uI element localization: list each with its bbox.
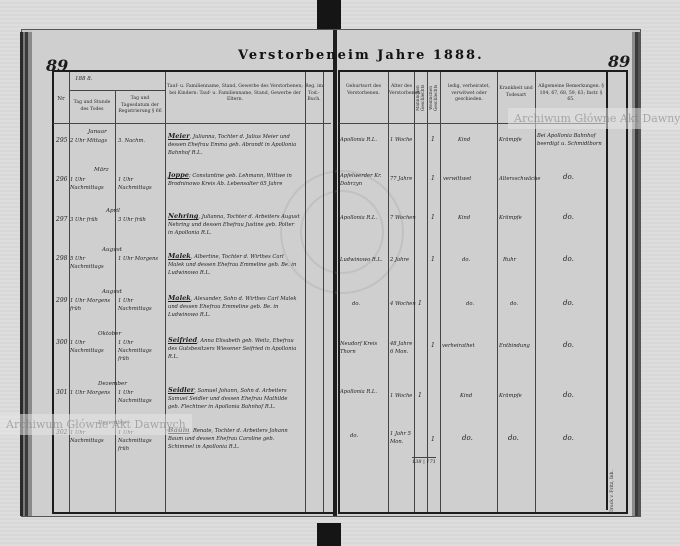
entry-death-time: 1 Uhr Nachmittags xyxy=(70,176,114,192)
entry-surname: Seidler xyxy=(168,386,194,394)
header-nr: Nr xyxy=(54,96,68,103)
entry-month: Oktober xyxy=(98,330,121,338)
entry-age: 48 Jahre 6 Mon. xyxy=(390,340,414,356)
entry-number: 300 xyxy=(56,339,67,347)
col-divider xyxy=(165,72,166,512)
entry-surname: Seifried xyxy=(168,336,197,344)
entry-cause: Krämpfe xyxy=(499,214,522,222)
col-divider xyxy=(497,72,498,512)
entry-female: 1 xyxy=(431,175,435,183)
entry-status: Kind xyxy=(460,392,472,400)
entry-name: Nehring, Julianna, Tochter d. Arbeiters … xyxy=(168,212,300,238)
entry-age: 77 Jahre xyxy=(390,175,412,183)
entry-month: Dezember xyxy=(98,380,127,388)
header-death-day-hour: Tag und Stunde des Todes xyxy=(70,100,114,113)
entry-name: Joppe; Constantine geb. Lehmann, Wittwe … xyxy=(168,171,300,188)
header-male: Männlichen Geschlechts xyxy=(416,76,426,120)
entry-name: Malek, Alexander, Sohn d. Wirthes Carl M… xyxy=(168,294,300,320)
entry-surname: Joppe xyxy=(168,171,189,179)
entry-status: do. xyxy=(466,300,474,308)
entry-birthplace: Apfelwerder Kr. Dobrzyn xyxy=(340,172,387,188)
header-age: Alter des Verstorbenen. xyxy=(389,84,414,97)
archive-watermark-top: Archiwum Główne Akt Dawnych xyxy=(508,108,680,129)
entry-death-time: 5 Uhr Nachmittags xyxy=(70,255,114,271)
entry-number: 297 xyxy=(56,216,67,224)
entry-age: 1 Jahr 5 Mon. xyxy=(390,430,414,446)
entry-remarks: do. xyxy=(563,434,574,442)
entry-female: 1 xyxy=(431,256,435,264)
entry-cause: Ruhr xyxy=(503,256,516,264)
entry-age: 4 Wochen xyxy=(390,300,416,308)
entry-cause: do. xyxy=(508,434,519,442)
entry-female: 1 xyxy=(431,214,435,222)
entry-name: Seidler, Samuel Johann, Sohn d. Arbeiter… xyxy=(168,386,300,412)
col-divider xyxy=(427,72,428,512)
entry-remarks: do. xyxy=(563,213,574,221)
entry-registration: 1 Uhr Nachmittags xyxy=(118,297,164,313)
entry-age: 2 Jahre xyxy=(390,256,409,264)
binder-clip-bottom xyxy=(317,523,341,546)
page-number-right: 89 xyxy=(608,52,630,71)
col-divider xyxy=(388,72,389,512)
entry-female: 1 xyxy=(431,436,435,444)
entry-surname: Malek xyxy=(168,252,191,260)
entry-female: 1 xyxy=(431,136,435,144)
header-name-details: Tauf- u. Familienname, Stand, Gewerbe de… xyxy=(167,84,303,104)
entry-registration: 3. Nachm. xyxy=(118,137,145,145)
entry-month: April xyxy=(106,207,120,215)
entry-cause: Entbindung xyxy=(499,342,530,350)
col-divider xyxy=(323,72,324,512)
entry-month: August xyxy=(102,246,122,254)
entry-male: 1 xyxy=(418,300,422,308)
entry-remarks: do. xyxy=(563,255,574,263)
header-divider xyxy=(69,90,165,91)
header-registration-day: Tag und Tagesdatum der Registrierung § 6… xyxy=(116,96,164,116)
page-title-right: im Jahre 1888. xyxy=(348,48,484,63)
header-marital-status: ledig, verheiratet, verwitwet oder gesch… xyxy=(442,84,496,104)
entry-status: Kind xyxy=(458,214,470,222)
page-title-left: Verstorbene xyxy=(238,48,348,63)
entry-death-time: 1 Uhr Morgens xyxy=(70,389,114,397)
entry-age: 7 Wochen xyxy=(390,214,416,222)
entry-birthplace: Neudorf Kreis Thorn xyxy=(340,340,387,356)
entry-number: 296 xyxy=(56,176,67,184)
header-bottom-line xyxy=(53,123,331,124)
entry-number: 301 xyxy=(56,389,67,397)
entry-month: Januar xyxy=(88,128,107,136)
entry-female: 1 xyxy=(431,342,435,350)
entry-name: Malek, Albertine, Tochter d. Wirthes Car… xyxy=(168,252,300,278)
entry-cause: do. xyxy=(510,300,518,308)
entry-death-time: 3 Uhr früh xyxy=(70,216,98,224)
entry-remarks: Bei Apollonia Bahnhof beerdigt u. Schmid… xyxy=(537,132,605,148)
entry-registration: 1 Uhr Nachmittags früh xyxy=(118,339,164,364)
entry-surname: Malek xyxy=(168,294,191,302)
entry-number: 299 xyxy=(56,297,67,305)
entry-registration: 1 Uhr Nachmittags xyxy=(118,176,164,192)
col-divider xyxy=(440,72,441,512)
entry-birthplace: do. xyxy=(350,432,358,440)
page-tally: 138 | 171 xyxy=(412,457,436,465)
entry-registration: 1 Uhr Nachmittags xyxy=(118,389,164,405)
col-divider xyxy=(535,72,536,512)
entry-remarks: do. xyxy=(563,299,574,307)
entry-cause: Krämpfe xyxy=(499,136,522,144)
col-divider xyxy=(414,72,415,512)
entry-surname: Meier xyxy=(168,132,190,140)
entry-death-time: 1 Uhr Morgens früh xyxy=(70,297,114,313)
entry-birthplace: do. xyxy=(352,300,360,308)
book-edge-right xyxy=(632,32,640,516)
right-margin-rule xyxy=(606,72,608,510)
entry-number: 298 xyxy=(56,255,67,263)
entry-birthplace: Apollonia R.L. xyxy=(340,136,377,144)
entry-name: Meier, Julianna, Tochter d. Julius Meier… xyxy=(168,132,300,158)
entry-age: 1 Woche xyxy=(390,136,412,144)
archive-watermark-bottom: Archiwum Główne Akt Dawnych xyxy=(0,414,192,435)
header-birthplace: Geburtsort des Verstorbenen. xyxy=(340,84,387,97)
entry-number: 295 xyxy=(56,137,67,145)
entry-male: 1 xyxy=(418,392,422,400)
entry-status: Kind xyxy=(458,136,470,144)
header-female: Weiblichen Geschlechts xyxy=(429,76,439,120)
entry-death-time: 2 Uhr Mittags xyxy=(70,137,107,145)
entry-status: verwittwet xyxy=(443,175,471,183)
entry-death-time: 1 Uhr Nachmittags xyxy=(70,339,114,355)
entry-cause: Altersschwäche xyxy=(499,175,540,183)
entry-remarks: do. xyxy=(563,391,574,399)
header-year: 188 8. xyxy=(75,76,115,83)
header-cause-of-death: Krankheit und Todesart xyxy=(498,86,534,99)
col-divider xyxy=(115,90,116,512)
entry-registration: 3 Uhr früh xyxy=(118,216,146,224)
entry-birthplace: Apollonia R.L. xyxy=(340,388,387,396)
header-reg-entry: Reg. im Tod.-Buch. xyxy=(305,84,323,104)
entry-age: 1 Woche xyxy=(390,392,412,400)
book-edge-left xyxy=(20,32,32,516)
entry-remarks: do. xyxy=(563,173,574,181)
printer-imprint: Druck v. Fritz, Inh. xyxy=(610,470,615,513)
entry-month: August xyxy=(102,288,122,296)
entry-status: do. xyxy=(462,256,470,264)
entry-status: verheirathet xyxy=(442,342,475,350)
entry-month: März xyxy=(94,166,109,174)
entry-surname: Nehring xyxy=(168,212,198,220)
entry-registration: 1 Uhr Morgens xyxy=(118,255,158,263)
header-remarks: Allgemeine Bemerkungen. § 104, 67, 68, 5… xyxy=(537,84,605,104)
col-divider xyxy=(305,72,306,512)
entry-birthplace: Apollonia R.L. xyxy=(340,214,377,222)
entry-name: Seifried, Anna Elisabeth geb. Weitz, Ehe… xyxy=(168,336,300,362)
entry-cause: Krämpfe xyxy=(499,392,522,400)
entry-status: do. xyxy=(462,434,473,442)
entry-remarks: do. xyxy=(563,341,574,349)
entry-birthplace: Ludwinowo R.L. xyxy=(340,256,387,264)
